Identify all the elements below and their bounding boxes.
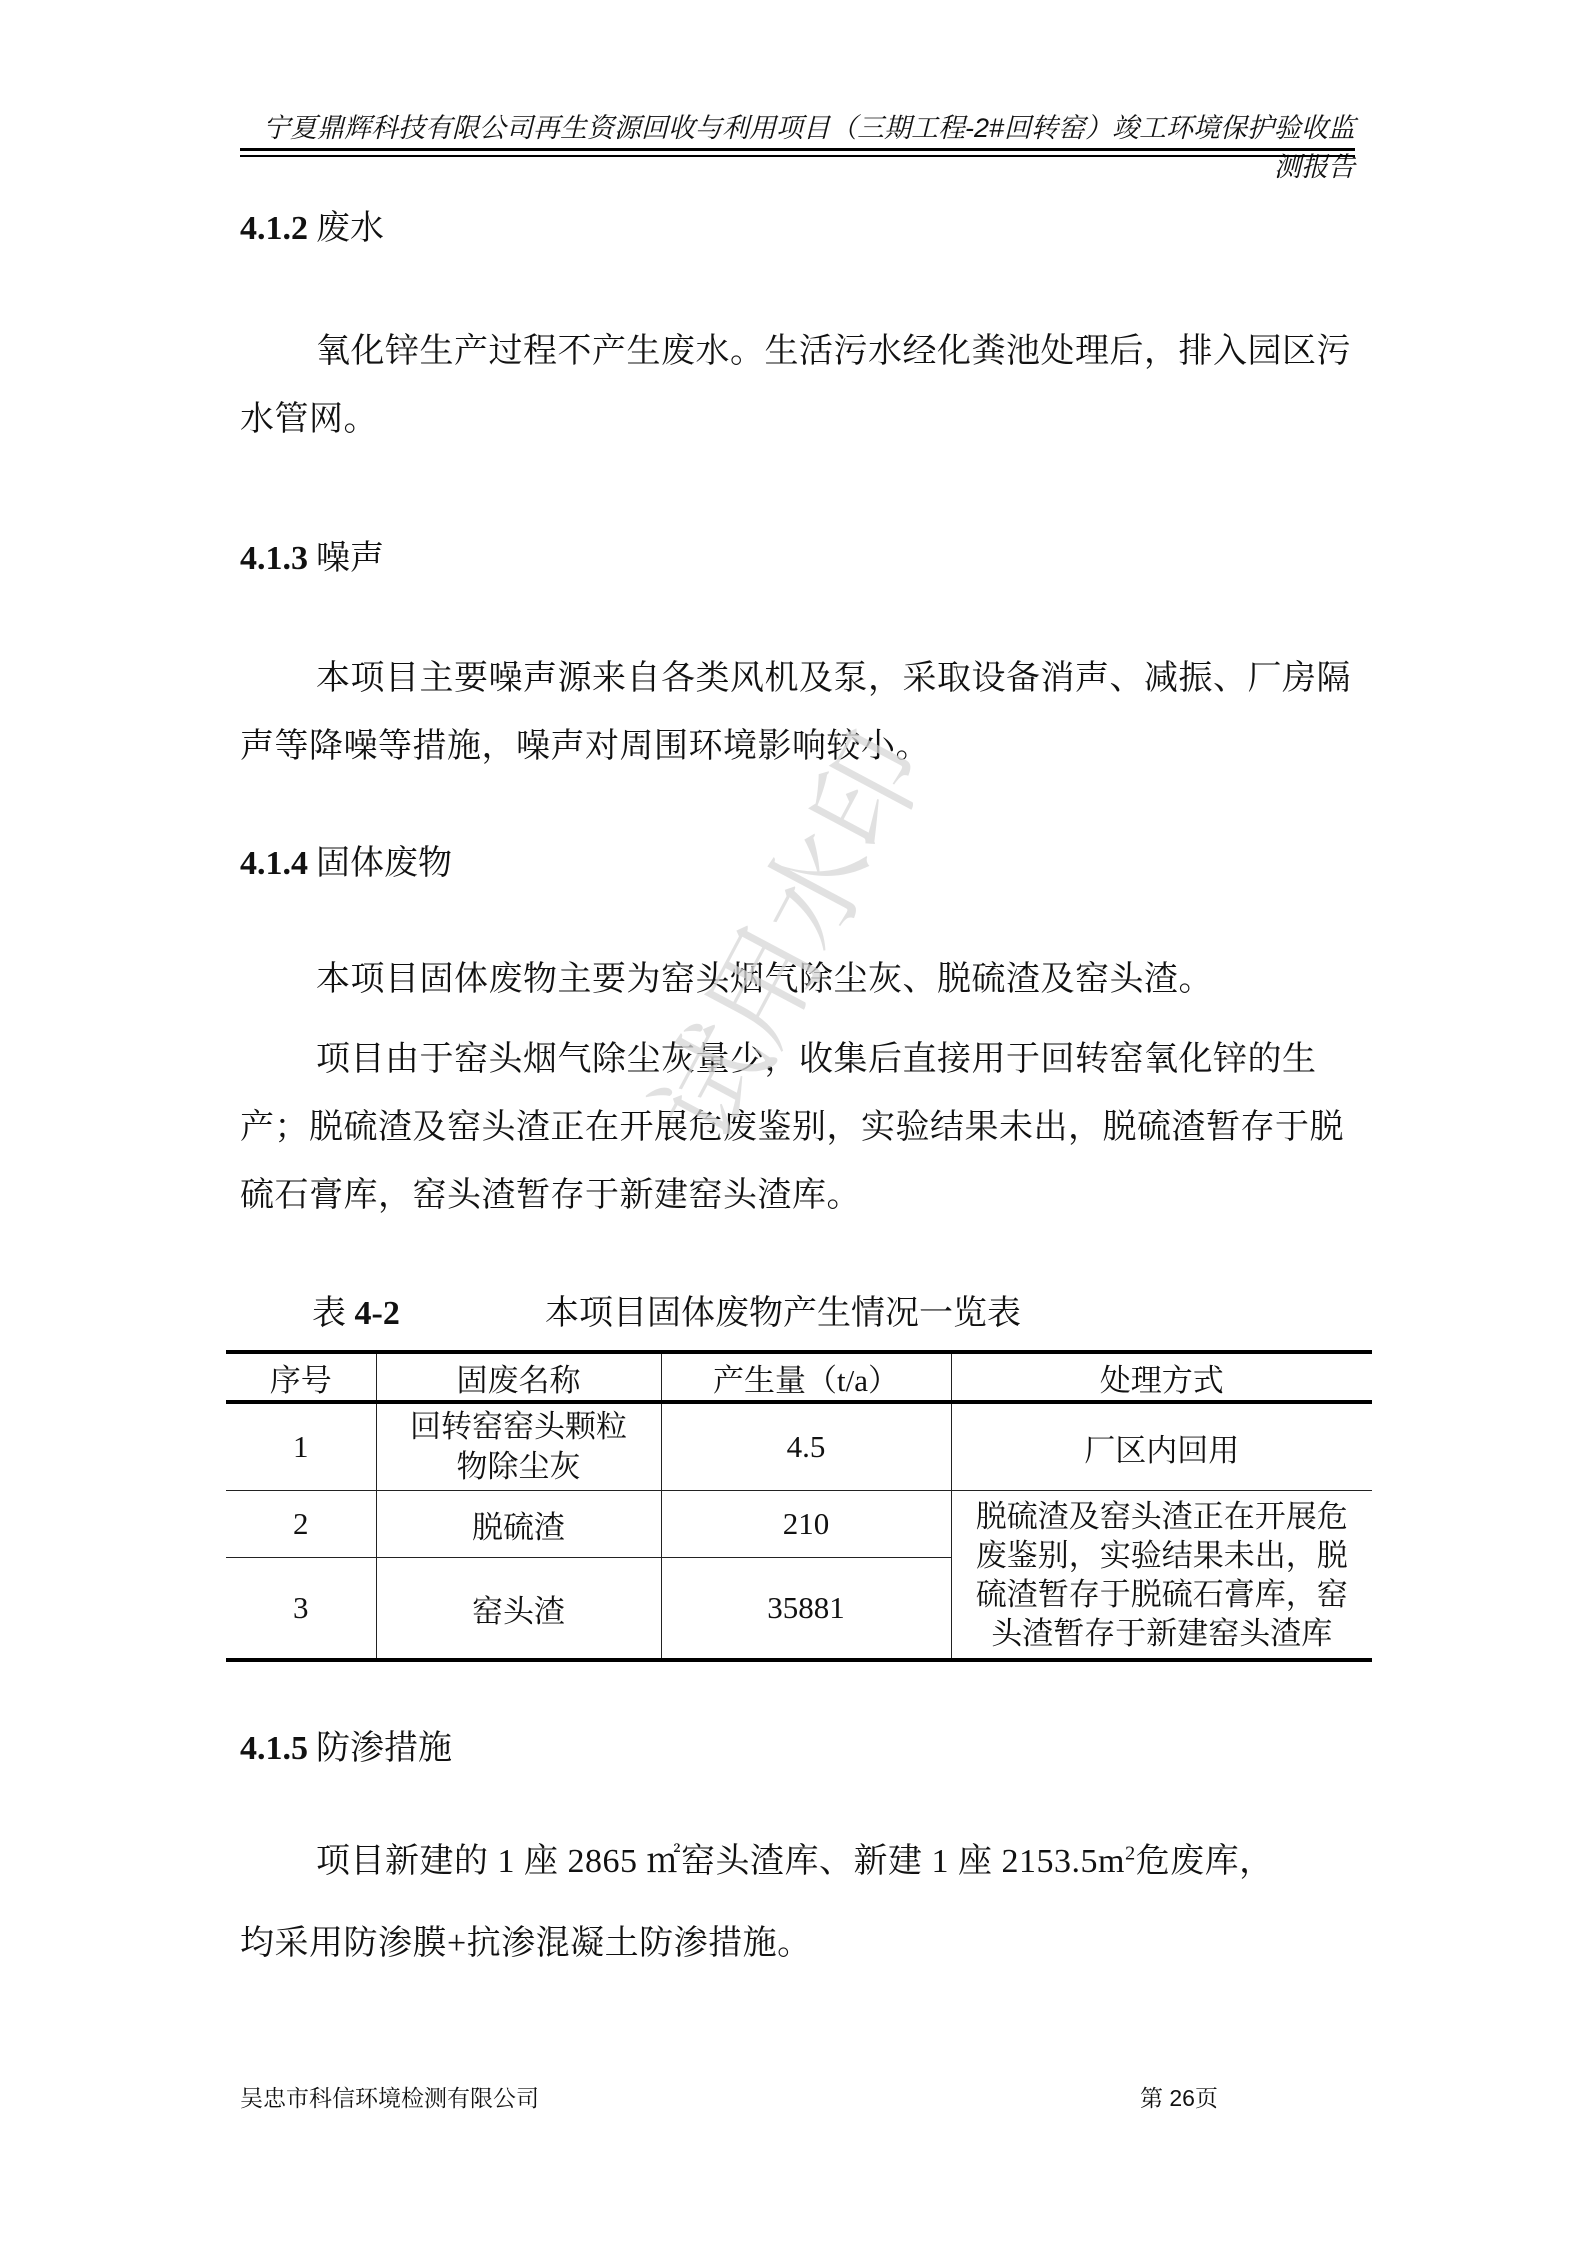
column-header-name: 固废名称 — [376, 1352, 661, 1402]
cell-name-line2: 物除尘灰 — [377, 1447, 661, 1487]
column-header-method: 处理方式 — [951, 1352, 1372, 1402]
superscript: 2 — [1125, 1843, 1136, 1865]
caption-prefix: 表 — [312, 1295, 355, 1332]
table-caption-title: 本项目固体废物产生情况一览表 — [545, 1285, 1021, 1334]
section-heading-noise: 4.1.3噪声 — [240, 530, 384, 579]
section-number: 4.1.2 — [240, 210, 308, 247]
section-number: 4.1.3 — [240, 540, 308, 577]
cell-no: 1 — [226, 1402, 376, 1491]
cell-no: 3 — [226, 1558, 376, 1661]
paragraph-solid-waste-summary: 本项目固体废物主要为窑头烟气除尘灰、脱硫渣及窑头渣。 — [240, 946, 1360, 1014]
cell-amount: 4.5 — [661, 1402, 951, 1491]
column-header-no: 序号 — [226, 1352, 376, 1402]
section-number: 4.1.4 — [240, 845, 308, 882]
table-row: 1 回转窑窑头颗粒 物除尘灰 4.5 厂区内回用 — [226, 1402, 1372, 1491]
footer-company: 吴忠市科信环境检测有限公司 — [240, 2080, 539, 2113]
running-header: 宁夏鼎辉科技有限公司再生资源回收与利用项目（三期工程-2#回转窑）竣工环境保护验… — [240, 106, 1355, 184]
table-row: 2 脱硫渣 210 脱硫渣及窑头渣正在开展危废鉴别，实验结果未出，脱硫渣暂存于脱… — [226, 1491, 1372, 1558]
cell-method: 厂区内回用 — [951, 1402, 1372, 1491]
paragraph-anti-seepage: 项目新建的 1 座 2865 ㎡窑头渣库、新建 1 座 2153.5m2危废库， — [240, 1828, 1360, 1896]
column-header-amount: 产生量（t/a） — [661, 1352, 951, 1402]
cell-name: 窑头渣 — [376, 1558, 661, 1661]
paragraph-noise: 本项目主要噪声源来自各类风机及泵，采取设备消声、减振、厂房隔声等降噪等措施，噪声… — [240, 645, 1360, 781]
section-title: 防渗措施 — [316, 1730, 452, 1767]
section-heading-anti-seepage: 4.1.5防渗措施 — [240, 1720, 452, 1769]
cell-amount: 210 — [661, 1491, 951, 1558]
section-number: 4.1.5 — [240, 1730, 308, 1767]
cell-name: 脱硫渣 — [376, 1491, 661, 1558]
cell-amount: 35881 — [661, 1558, 951, 1661]
footer-page-number: 第 26页 — [1140, 2080, 1218, 2113]
section-title: 废水 — [316, 210, 384, 247]
table-header-row: 序号 固废名称 产生量（t/a） 处理方式 — [226, 1352, 1372, 1402]
section-heading-wastewater: 4.1.2废水 — [240, 200, 384, 249]
solid-waste-table: 序号 固废名称 产生量（t/a） 处理方式 1 回转窑窑头颗粒 物除尘灰 4.5… — [226, 1350, 1372, 1662]
section-heading-solid-waste: 4.1.4固体废物 — [240, 835, 452, 884]
section-title: 噪声 — [316, 540, 384, 577]
cell-name-line1: 回转窑窑头颗粒 — [377, 1407, 661, 1447]
caption-number: 4-2 — [355, 1295, 400, 1332]
section-title: 固体废物 — [316, 845, 452, 882]
paragraph-solid-waste-detail: 项目由于窑头烟气除尘灰量少，收集后直接用于回转窑氧化锌的生产；脱硫渣及窑头渣正在… — [240, 1026, 1360, 1230]
paragraph-text: 危废库， — [1136, 1843, 1274, 1880]
paragraph-wastewater: 氧化锌生产过程不产生废水。生活污水经化粪池处理后，排入园区污水管网。 — [240, 318, 1360, 454]
paragraph-text: 项目新建的 1 座 2865 ㎡窑头渣库、新建 1 座 2153.5m — [316, 1843, 1125, 1880]
paragraph-anti-seepage-line2: 均采用防渗膜+抗渗混凝土防渗措施。 — [240, 1910, 1360, 1978]
cell-no: 2 — [226, 1491, 376, 1558]
header-rule-thick — [240, 148, 1355, 151]
table-caption-label: 表 4-2 — [312, 1285, 400, 1334]
header-rule-thin — [240, 155, 1355, 157]
cell-method-merged: 脱硫渣及窑头渣正在开展危废鉴别，实验结果未出，脱硫渣暂存于脱硫石膏库，窑头渣暂存… — [951, 1491, 1372, 1661]
cell-name: 回转窑窑头颗粒 物除尘灰 — [376, 1402, 661, 1491]
